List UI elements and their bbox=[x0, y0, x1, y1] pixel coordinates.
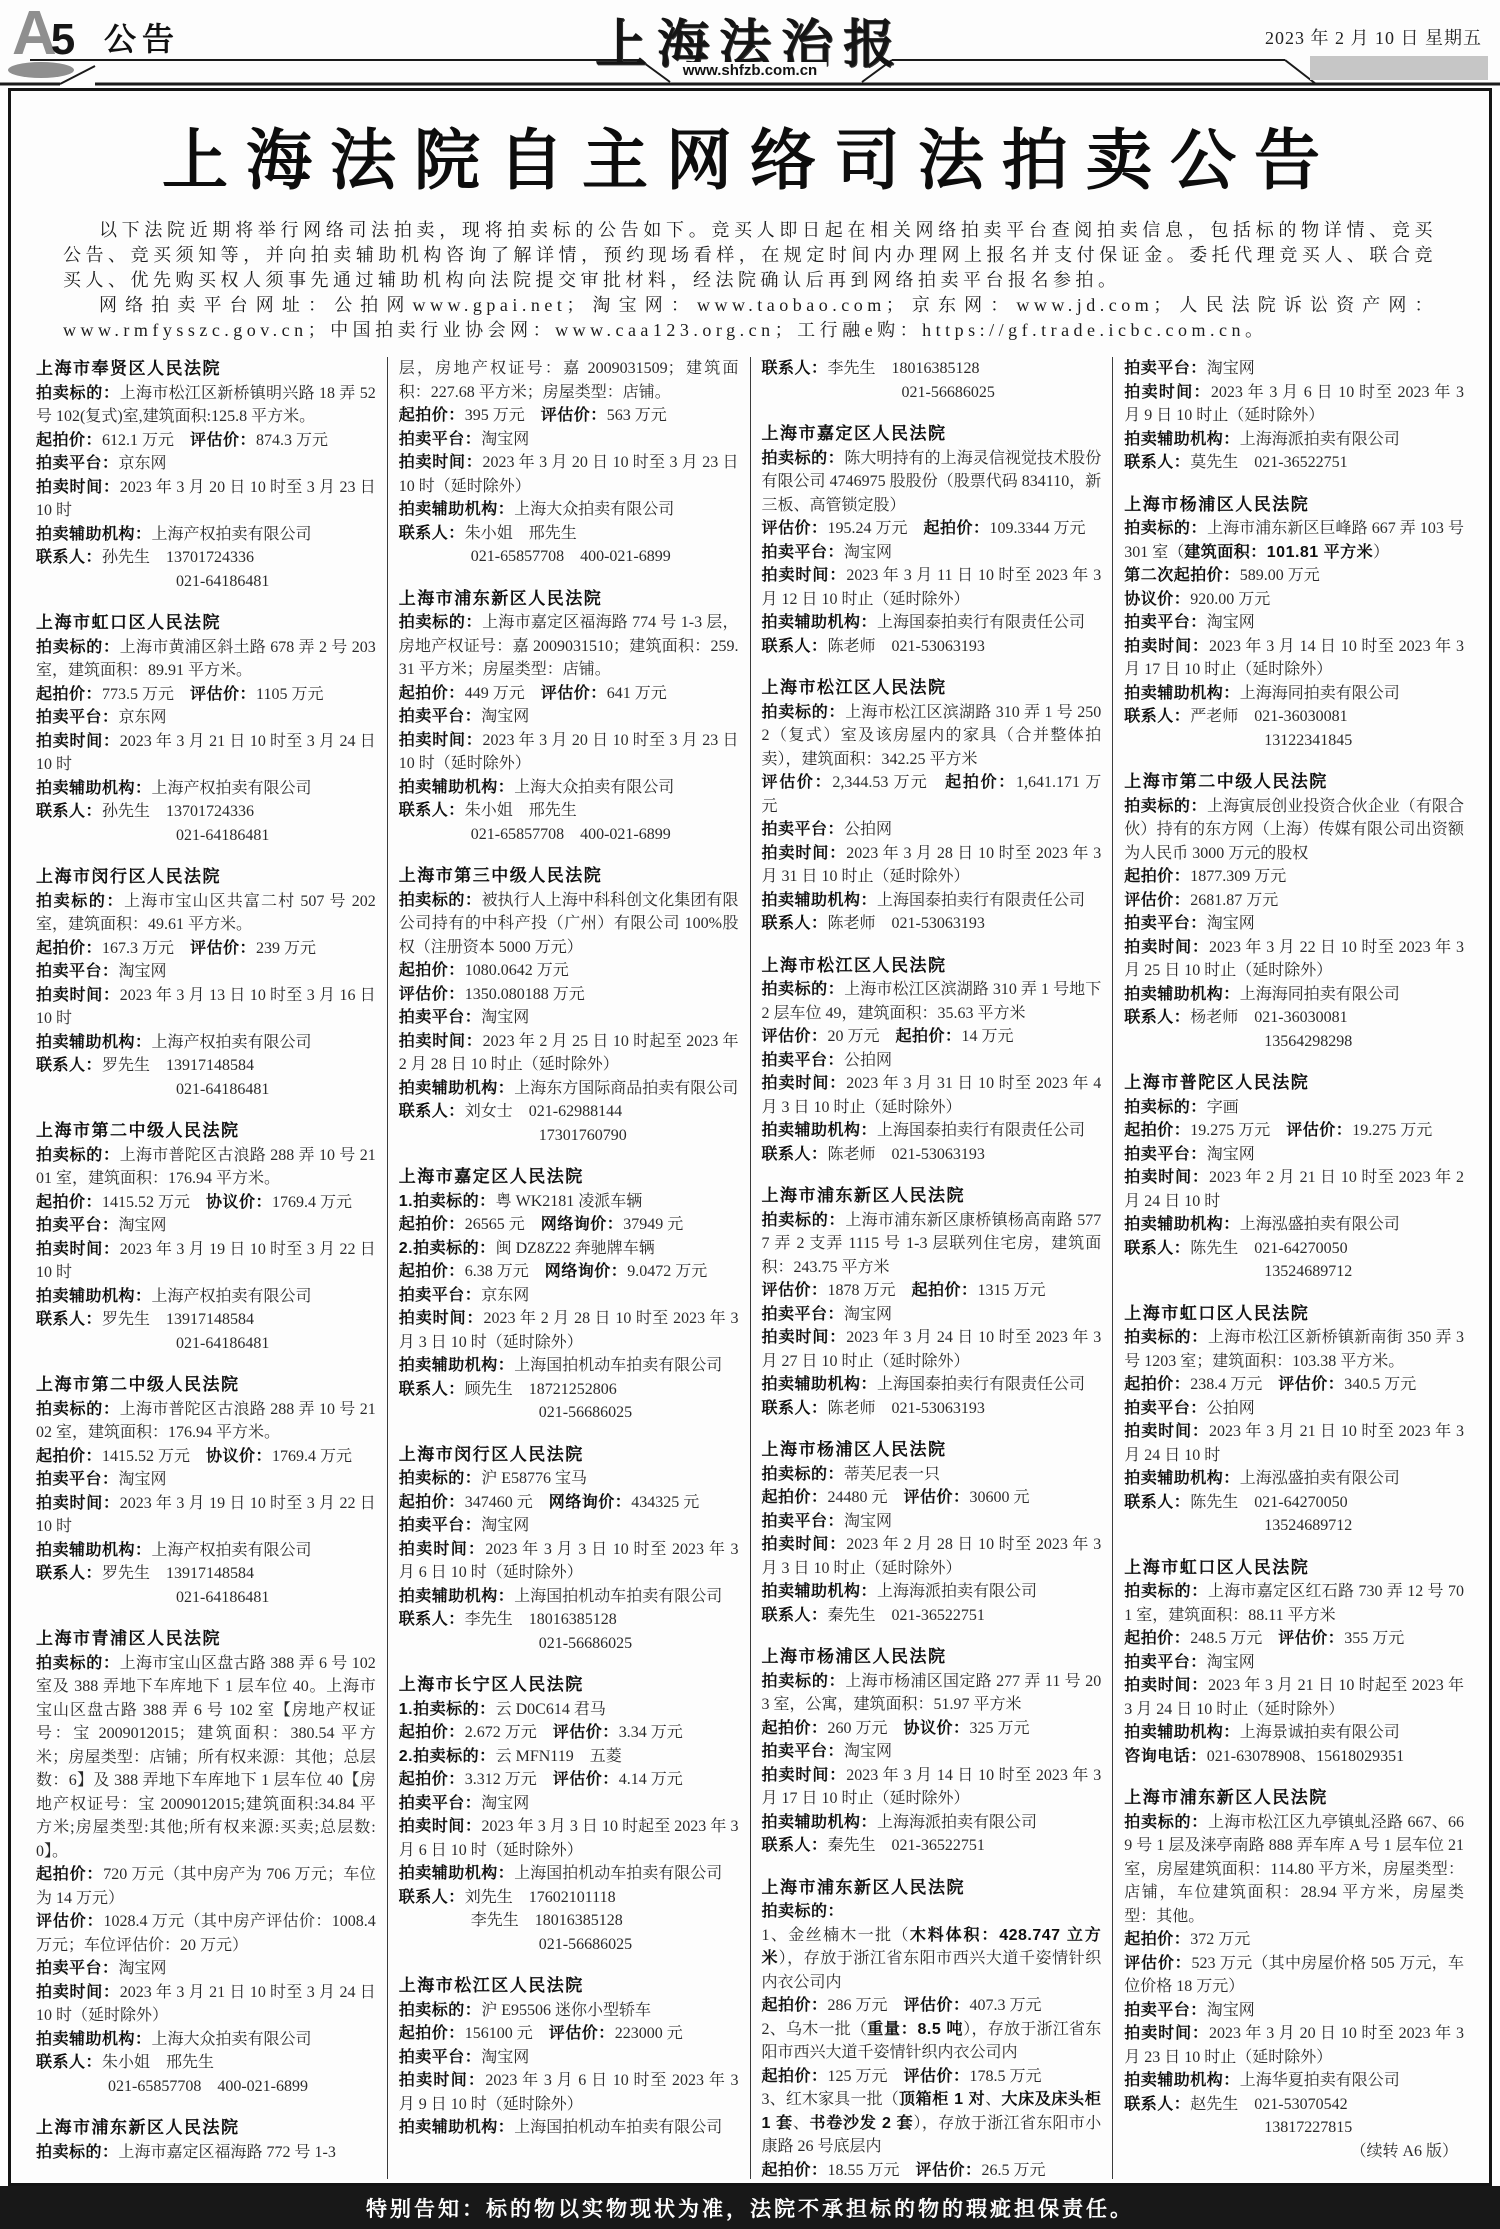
court-name: 上海市嘉定区人民法院 bbox=[762, 422, 1102, 446]
field-value: 淘宝网 bbox=[481, 2049, 529, 2066]
field-label: 拍卖标的： bbox=[762, 450, 845, 467]
field-label: 1.拍卖标的： bbox=[399, 1701, 496, 1718]
field-label: 拍卖标的： bbox=[36, 893, 124, 910]
entry-line: 拍卖平台：淘宝网 bbox=[399, 1514, 739, 1538]
field-label: 拍卖辅助机构： bbox=[762, 1122, 878, 1139]
entry-line: 拍卖辅助机构：上海华夏拍卖有限公司 bbox=[1124, 2069, 1464, 2093]
entry-line: 拍卖时间：2023 年 3 月 3 日 10 时至 2023 年 3 月 6 日… bbox=[399, 1538, 739, 1585]
entry-line: 联系人：严老师 021-36030081 bbox=[1124, 705, 1464, 729]
auction-entry: 上海市虹口区人民法院拍卖标的：上海市嘉定区红石路 730 弄 12 号 701 … bbox=[1124, 1556, 1464, 1769]
field-label: 拍卖时间： bbox=[36, 1984, 120, 2001]
newspaper-website: www.shfzb.com.cn bbox=[673, 62, 827, 79]
entry-line: 起拍价：260 万元 协议价：325 万元 bbox=[762, 1717, 1102, 1741]
field-value: 021-64186481 bbox=[176, 1335, 269, 1352]
field-label: 拍卖时间： bbox=[762, 1767, 847, 1784]
court-name: 上海市松江区人民法院 bbox=[762, 676, 1102, 700]
redacted-block bbox=[1310, 56, 1488, 80]
field-value: 109.3344 万元 bbox=[990, 520, 1086, 537]
entry-line: 起拍价：24480 元 评估价：30600 元 bbox=[762, 1486, 1102, 1510]
intro-paragraph-1: 以下法院近期将举行网络司法拍卖，现将拍卖标的公告如下。竞买人即日起在相关网络拍卖… bbox=[63, 218, 1437, 293]
field-value: 156100 元 bbox=[465, 2025, 549, 2042]
field-value: 上海泓盛拍卖有限公司 bbox=[1240, 1216, 1400, 1233]
field-value: 13122341845 bbox=[1264, 732, 1352, 749]
page-number-logo: A5 bbox=[12, 4, 92, 82]
field-value: 13524689712 bbox=[1264, 1263, 1352, 1280]
field-value: 淘宝网 bbox=[844, 544, 892, 561]
field-label: 联系人： bbox=[399, 525, 465, 542]
entry-line: 起拍价：286 万元 评估价：407.3 万元 bbox=[762, 1994, 1102, 2018]
auction-entry: 上海市闵行区人民法院拍卖标的：沪 E58776 宝马起拍价：347460 元 网… bbox=[399, 1443, 739, 1656]
entry-line: 拍卖平台：淘宝网 bbox=[1124, 912, 1464, 936]
phone-line: 13524689712 bbox=[1124, 1514, 1464, 1538]
entry-line: 拍卖标的：字画 bbox=[1124, 1096, 1464, 1120]
field-label: 联系人： bbox=[1124, 708, 1190, 725]
field-label: 评估价： bbox=[762, 774, 833, 791]
field-label: 联系人： bbox=[399, 1889, 465, 1906]
entry-line: 拍卖平台：公拍网 bbox=[1124, 1397, 1464, 1421]
court-name: 上海市第二中级人民法院 bbox=[1124, 770, 1464, 794]
field-label: 评估价： bbox=[541, 685, 607, 702]
court-name: 上海市长宁区人民法院 bbox=[399, 1673, 739, 1697]
entry-line: 拍卖标的：沪 E58776 宝马 bbox=[399, 1467, 739, 1491]
field-label: 评估价： bbox=[541, 407, 607, 424]
column-4: 拍卖平台：淘宝网拍卖时间：2023 年 3 月 6 日 10 时至 2023 年… bbox=[1112, 357, 1475, 2179]
field-value: 上海国泰拍卖行有限责任公司 bbox=[877, 1122, 1085, 1139]
entry-line: 拍卖时间：2023 年 2 月 21 日 10 时至 2023 年 2 月 24… bbox=[1124, 1166, 1464, 1213]
field-value: 上海海同拍卖有限公司 bbox=[1240, 685, 1400, 702]
field-value: 325 万元 bbox=[970, 1720, 1030, 1737]
auction-entry: 层，房地产权证号：嘉 2009031509；建筑面积：227.68 平方米；房屋… bbox=[399, 357, 739, 569]
field-value: 641 万元 bbox=[607, 685, 667, 702]
field-value: 434325 元 bbox=[631, 1494, 699, 1511]
field-value: 340.5 万元 bbox=[1344, 1376, 1416, 1393]
field-value: 淘宝网 bbox=[844, 1743, 892, 1760]
field-label: 拍卖时间： bbox=[399, 1033, 483, 1050]
field-value: 30600 元 bbox=[970, 1489, 1030, 1506]
field-label: 起拍价： bbox=[1124, 1931, 1190, 1948]
field-value: 陈老师 021-53063193 bbox=[828, 1400, 985, 1417]
field-label: 网络询价： bbox=[545, 1263, 628, 1280]
column-2: 层，房地产权证号：嘉 2009031509；建筑面积：227.68 平方米；房屋… bbox=[387, 357, 750, 2179]
field-label: 拍卖时间： bbox=[399, 1818, 482, 1835]
field-value: 淘宝网 bbox=[1207, 360, 1255, 377]
field-label: 拍卖标的： bbox=[762, 1212, 846, 1229]
field-label: 起拍价： bbox=[924, 520, 990, 537]
field-label: 书卷沙发 2 套 bbox=[809, 2115, 913, 2132]
entry-line: 评估价：20 万元 起拍价：14 万元 bbox=[762, 1025, 1102, 1049]
entry-line: 评估价：2681.87 万元 bbox=[1124, 889, 1464, 913]
field-label: 起拍价： bbox=[945, 774, 1016, 791]
field-label: 评估价： bbox=[1286, 1122, 1352, 1139]
field-value: 1415.52 万元 bbox=[102, 1194, 206, 1211]
field-value: 淘宝网 bbox=[119, 963, 167, 980]
field-value: 杨老师 021-36030081 bbox=[1190, 1009, 1347, 1026]
field-value: 021-64186481 bbox=[176, 573, 269, 590]
auction-entry: 上海市长宁区人民法院1.拍卖标的：云 D0C614 君马起拍价：2.672 万元… bbox=[399, 1673, 739, 1956]
phone-line: 021-64186481 bbox=[36, 1332, 376, 1356]
entry-line: 联系人：秦先生 021-36522751 bbox=[762, 1604, 1102, 1628]
field-value: 上海国泰拍卖行有限责任公司 bbox=[877, 892, 1085, 909]
field-label: 拍卖标的： bbox=[762, 1466, 845, 1483]
entry-line: 拍卖平台：京东网 bbox=[36, 452, 376, 476]
entry-line: 拍卖辅助机构：上海产权拍卖有限公司 bbox=[36, 1031, 376, 1055]
field-label: 拍卖平台： bbox=[1124, 2002, 1207, 2019]
field-label: 拍卖平台： bbox=[399, 1517, 482, 1534]
entry-line: 拍卖辅助机构：上海海同拍卖有限公司 bbox=[1124, 983, 1464, 1007]
entry-line: 1.拍卖标的：云 D0C614 君马 bbox=[399, 1698, 739, 1722]
entry-line: 评估价：2,344.53 万元 起拍价：1,641.171 万元 bbox=[762, 771, 1102, 818]
field-value: 612.1 万元 bbox=[102, 432, 190, 449]
entry-line: 联系人：罗先生 13917148584 bbox=[36, 1308, 376, 1332]
entry-line: 拍卖标的：上海市普陀区古浪路 288 弄 10 号 2101 室，建筑面积：17… bbox=[36, 1144, 376, 1191]
entry-line: 评估价：523 万元（其中房屋价格 505 万元，车位价格 18 万元） bbox=[1124, 1952, 1464, 1999]
entry-line: 拍卖标的：上海市松江区新桥镇新南街 350 弄 3 号 1203 室；建筑面积：… bbox=[1124, 1326, 1464, 1373]
field-label: 拍卖平台： bbox=[399, 708, 482, 725]
field-label: 起拍价： bbox=[1124, 1630, 1190, 1647]
entry-line: 联系人：孙先生 13701724336 bbox=[36, 800, 376, 824]
field-label: 2.拍卖标的： bbox=[399, 1240, 496, 1257]
field-label: 联系人： bbox=[36, 1311, 102, 1328]
entry-line: 拍卖标的：上海市松江区滨湖路 310 弄 1 号地下 2 层车位 49，建筑面积… bbox=[762, 978, 1102, 1025]
field-label: 拍卖辅助机构： bbox=[36, 780, 152, 797]
entry-line: 拍卖平台：淘宝网 bbox=[762, 541, 1102, 565]
phone-line: 021-64186481 bbox=[36, 1586, 376, 1610]
field-value: 021-64186481 bbox=[176, 1081, 269, 1098]
footer-notice-text: 特别告知：标的物以实物现状为准，法院不承担标的物的瑕疵担保责任。 bbox=[366, 2193, 1134, 2223]
field-value: 2.672 万元 bbox=[465, 1724, 553, 1741]
entry-line: 拍卖时间：2023 年 2 月 28 日 10 时至 2023 年 3 月 3 … bbox=[399, 1307, 739, 1354]
field-label: 拍卖辅助机构： bbox=[1124, 1216, 1240, 1233]
entry-line: 拍卖时间：2023 年 3 月 19 日 10 时至 3 月 22 日 10 时 bbox=[36, 1238, 376, 1285]
entry-line: 联系人：刘先生 17602101118 bbox=[399, 1886, 739, 1910]
announcement-box: 上海法院自主网络司法拍卖公告 以下法院近期将举行网络司法拍卖，现将拍卖标的公告如… bbox=[8, 88, 1492, 2186]
entry-line: 拍卖时间：2023 年 3 月 22 日 10 时至 2023 年 3 月 25… bbox=[1124, 936, 1464, 983]
phone-line: 021-64186481 bbox=[36, 1078, 376, 1102]
entry-line: 拍卖平台：淘宝网 bbox=[399, 2046, 739, 2070]
auction-entry: 上海市青浦区人民法院拍卖标的：上海市宝山区盘古路 388 弄 6 号 102 室… bbox=[36, 1627, 376, 2098]
entry-line: 联系人：陈老师 021-53063193 bbox=[762, 912, 1102, 936]
auction-entry: 上海市第二中级人民法院拍卖标的：上海市普陀区古浪路 288 弄 10 号 210… bbox=[36, 1119, 376, 1355]
entry-line: 拍卖辅助机构：上海泓盛拍卖有限公司 bbox=[1124, 1213, 1464, 1237]
field-label: 起拍价： bbox=[1124, 1122, 1190, 1139]
field-value: 李先生 18016385128 bbox=[471, 1912, 623, 1929]
entry-line: 联系人：刘女士 021-62988144 bbox=[399, 1100, 739, 1124]
auction-entry: 拍卖平台：淘宝网拍卖时间：2023 年 3 月 6 日 10 时至 2023 年… bbox=[1124, 357, 1464, 475]
entry-line: 拍卖时间：2023 年 3 月 11 日 10 时至 2023 年 3 月 12… bbox=[762, 564, 1102, 611]
entry-line: 拍卖辅助机构：上海国泰拍卖行有限责任公司 bbox=[762, 611, 1102, 635]
entry-line: 拍卖辅助机构：上海海同拍卖有限公司 bbox=[1124, 682, 1464, 706]
field-label: 起拍价： bbox=[896, 1028, 962, 1045]
court-name: 上海市浦东新区人民法院 bbox=[762, 1876, 1102, 1900]
phone-line: 021-56686025 bbox=[399, 1933, 739, 1957]
field-value: 公拍网 bbox=[1207, 1400, 1255, 1417]
entry-line: 层，房地产权证号：嘉 2009031509；建筑面积：227.68 平方米；房屋… bbox=[399, 357, 739, 404]
field-label: 联系人： bbox=[36, 803, 102, 820]
auction-entry: 上海市闵行区人民法院拍卖标的：上海市宝山区共富二村 507 号 202 室，建筑… bbox=[36, 865, 376, 1101]
entry-line: 拍卖辅助机构：上海泓盛拍卖有限公司 bbox=[1124, 1467, 1464, 1491]
field-value: 021-65857708 400-021-6899 bbox=[471, 826, 671, 843]
logo-shadow-shape bbox=[8, 62, 74, 78]
field-value: 、 bbox=[985, 2091, 1001, 2108]
entry-line: 拍卖平台：淘宝网 bbox=[399, 705, 739, 729]
entry-line: 拍卖标的：上海市浦东新区康桥镇杨高南路 5777 弄 2 支弄 1115 号 1… bbox=[762, 1209, 1102, 1280]
field-label: 联系人： bbox=[1124, 454, 1190, 471]
entry-line: 拍卖辅助机构：上海海派拍卖有限公司 bbox=[762, 1811, 1102, 1835]
entry-line: 起拍价：1415.52 万元 协议价：1769.4 万元 bbox=[36, 1191, 376, 1215]
field-label: 联系人： bbox=[36, 2054, 102, 2071]
field-label: 协议价： bbox=[904, 1720, 970, 1737]
entry-line: 拍卖标的：上海市嘉定区福海路 774 号 1-3 层，房地产权证号：嘉 2009… bbox=[399, 611, 739, 682]
field-label: 拍卖标的： bbox=[36, 2144, 119, 2161]
field-label: 拍卖平台： bbox=[36, 963, 119, 980]
entry-line: 拍卖标的：上海市松江区九亭镇虬泾路 667、669 号 1 层及涞亭南路 888… bbox=[1124, 1811, 1464, 1929]
field-value: 上海产权拍卖有限公司 bbox=[152, 780, 312, 797]
field-label: 拍卖平台： bbox=[1124, 1146, 1207, 1163]
field-label: 拍卖时间： bbox=[36, 1495, 120, 1512]
entry-line: 起拍价：2.672 万元 评估价：3.34 万元 bbox=[399, 1721, 739, 1745]
field-value: 1080.0642 万元 bbox=[465, 962, 569, 979]
field-value: 021-64186481 bbox=[176, 1589, 269, 1606]
entry-line: 拍卖时间：2023 年 3 月 20 日 10 时至 3 月 23 日 10 时… bbox=[399, 451, 739, 498]
entry-line: 拍卖标的：上海市嘉定区福海路 772 号 1-3 bbox=[36, 2141, 376, 2165]
footer-notice-bar: 特别告知：标的物以实物现状为准，法院不承担标的物的瑕疵担保责任。 bbox=[0, 2186, 1500, 2229]
entry-line: 拍卖平台：淘宝网 bbox=[1124, 1143, 1464, 1167]
field-label: 起拍价： bbox=[36, 1866, 103, 1883]
court-name: 上海市松江区人民法院 bbox=[399, 1974, 739, 1998]
field-label: 拍卖标的： bbox=[762, 704, 846, 721]
entry-line: 拍卖辅助机构：上海海派拍卖有限公司 bbox=[1124, 428, 1464, 452]
field-label: 联系人： bbox=[762, 1400, 828, 1417]
field-value: 4.14 万元 bbox=[619, 1771, 683, 1788]
entry-line: 拍卖标的：沪 E95506 迷你小型轿车 bbox=[399, 1999, 739, 2023]
auction-entry: 上海市浦东新区人民法院拍卖标的：上海市松江区九亭镇虬泾路 667、669 号 1… bbox=[1124, 1786, 1464, 2163]
field-label: 联系人： bbox=[1124, 2096, 1190, 2113]
field-label: 协议价： bbox=[206, 1194, 272, 1211]
field-value: 1350.080188 万元 bbox=[465, 986, 585, 1003]
field-label: 起拍价： bbox=[36, 686, 102, 703]
field-label: 拍卖辅助机构： bbox=[1124, 431, 1240, 448]
field-value: 陈先生 021-64270050 bbox=[1190, 1494, 1347, 1511]
entry-line: 2.拍卖标的：闽 DZ8Z22 奔驰牌车辆 bbox=[399, 1237, 739, 1261]
field-label: 建筑面积：101.81 平方米 bbox=[1184, 544, 1373, 561]
entry-line: 起拍价：1415.52 万元 协议价：1769.4 万元 bbox=[36, 1445, 376, 1469]
entry-line: 拍卖标的：被执行人上海中科科创文化集团有限公司持有的中科产投（广州）有限公司 1… bbox=[399, 889, 739, 960]
auction-entry: 上海市杨浦区人民法院拍卖标的：上海市杨浦区国定路 277 弄 11 号 203 … bbox=[762, 1645, 1102, 1858]
field-label: 拍卖辅助机构： bbox=[399, 1357, 515, 1374]
field-label: 拍卖标的： bbox=[1124, 1099, 1207, 1116]
field-label: 联系人： bbox=[762, 638, 828, 655]
entry-line: 起拍价：167.3 万元 评估价：239 万元 bbox=[36, 937, 376, 961]
field-value: 上海景诚拍卖有限公司 bbox=[1240, 1724, 1400, 1741]
field-value: 字画 bbox=[1207, 1099, 1239, 1116]
entry-line: 拍卖辅助机构：上海国拍机动车拍卖有限公司 bbox=[399, 1354, 739, 1378]
intro-paragraphs: 以下法院近期将举行网络司法拍卖，现将拍卖标的公告如下。竞买人即日起在相关网络拍卖… bbox=[63, 218, 1437, 343]
field-label: 拍卖平台： bbox=[762, 1306, 845, 1323]
auction-entry: 上海市松江区人民法院拍卖标的：沪 E95506 迷你小型轿车起拍价：156100… bbox=[399, 1974, 739, 2140]
entry-line: 拍卖时间：2023 年 3 月 28 日 10 时至 2023 年 3 月 31… bbox=[762, 842, 1102, 889]
entry-line: 联系人：杨老师 021-36030081 bbox=[1124, 1006, 1464, 1030]
field-value: 上海产权拍卖有限公司 bbox=[152, 1288, 312, 1305]
field-label: 拍卖辅助机构： bbox=[762, 1814, 878, 1831]
entry-line: 1.拍卖标的：粤 WK2181 凌派车辆 bbox=[399, 1190, 739, 1214]
field-value: 上海海派拍卖有限公司 bbox=[877, 1583, 1037, 1600]
field-value: 449 万元 bbox=[465, 685, 541, 702]
column-3: 联系人：李先生 18016385128021-56686025上海市嘉定区人民法… bbox=[750, 357, 1113, 2179]
auction-entry: 上海市浦东新区人民法院拍卖标的：上海市嘉定区福海路 772 号 1-3 bbox=[36, 2116, 376, 2164]
field-label: 拍卖辅助机构： bbox=[762, 614, 878, 631]
field-label: 拍卖时间： bbox=[36, 1241, 120, 1258]
field-value: 朱小姐 邢先生 bbox=[465, 802, 577, 819]
field-value: 3.34 万元 bbox=[619, 1724, 683, 1741]
entry-line: 拍卖平台：淘宝网 bbox=[36, 1214, 376, 1238]
field-value: 孙先生 13701724336 bbox=[102, 549, 254, 566]
auction-entry: 上海市杨浦区人民法院拍卖标的：蒂芙尼表一只起拍价：24480 元 评估价：306… bbox=[762, 1438, 1102, 1627]
entry-line: 拍卖平台：公拍网 bbox=[762, 818, 1102, 842]
field-label: 评估价： bbox=[762, 1282, 828, 1299]
field-label: 拍卖标的： bbox=[399, 892, 482, 909]
entry-line: 拍卖标的：上海市松江区滨湖路 310 弄 1 号 2502（复式）室及该房屋内的… bbox=[762, 701, 1102, 772]
field-value: 167.3 万元 bbox=[102, 940, 190, 957]
entry-line: 起拍价：395 万元 评估价：563 万元 bbox=[399, 404, 739, 428]
entry-line: 021-65857708 400-021-6899 bbox=[399, 545, 739, 569]
field-value: 26.5 万元 bbox=[982, 2162, 1046, 2179]
field-value: 淘宝网 bbox=[481, 1517, 529, 1534]
field-label: 拍卖时间： bbox=[399, 1310, 484, 1327]
entry-line: 拍卖平台：京东网 bbox=[36, 706, 376, 730]
field-label: 拍卖时间： bbox=[36, 987, 120, 1004]
field-value: 26565 元 bbox=[465, 1216, 541, 1233]
field-value: 蒂芙尼表一只 bbox=[844, 1466, 940, 1483]
field-value: 京东网 bbox=[119, 709, 167, 726]
entry-line: 拍卖时间：2023 年 3 月 20 日 10 时至 3 月 23 日 10 时 bbox=[36, 476, 376, 523]
field-label: 拍卖辅助机构： bbox=[762, 892, 878, 909]
field-value: 上海国拍机动车拍卖有限公司 bbox=[514, 1865, 722, 1882]
field-value: 上海华夏拍卖有限公司 bbox=[1240, 2072, 1400, 2089]
entry-line: 2.拍卖标的：云 MFN119 五菱 bbox=[399, 1745, 739, 1769]
field-label: 拍卖时间： bbox=[1124, 939, 1209, 956]
phone-line: 021-64186481 bbox=[36, 824, 376, 848]
entry-line: 拍卖平台：京东网 bbox=[399, 1284, 739, 1308]
auction-entry: 上海市嘉定区人民法院1.拍卖标的：粤 WK2181 凌派车辆起拍价：26565 … bbox=[399, 1165, 739, 1425]
field-label: 联系人： bbox=[762, 1146, 828, 1163]
entry-line: 拍卖标的：上海市嘉定区红石路 730 弄 12 号 701 室，建筑面积：88.… bbox=[1124, 1580, 1464, 1627]
field-value: 021-56686025 bbox=[539, 1936, 632, 1953]
entry-line: 拍卖时间：2023 年 3 月 19 日 10 时至 3 月 22 日 10 时 bbox=[36, 1492, 376, 1539]
auction-entry: 联系人：李先生 18016385128021-56686025 bbox=[762, 357, 1102, 404]
entry-line: 拍卖时间：2023 年 3 月 21 日 10 时至 3 月 24 日 10 时… bbox=[36, 1981, 376, 2028]
column-1: 上海市奉贤区人民法院拍卖标的：上海市松江区新桥镇明兴路 18 弄 52 号 10… bbox=[25, 357, 387, 2179]
field-value: 刘女士 021-62988144 bbox=[465, 1103, 622, 1120]
field-value: 层，房地产权证号：嘉 2009031509；建筑面积：227.68 平方米；房屋… bbox=[399, 360, 739, 401]
field-label: 拍卖辅助机构： bbox=[762, 1376, 878, 1393]
field-value: 1769.4 万元 bbox=[272, 1194, 352, 1211]
entry-line: 拍卖平台：淘宝网 bbox=[36, 960, 376, 984]
field-label: 起拍价： bbox=[36, 940, 102, 957]
field-label: 拍卖时间： bbox=[762, 1075, 847, 1092]
field-label: 起拍价： bbox=[36, 1194, 102, 1211]
field-label: 拍卖平台： bbox=[762, 544, 845, 561]
field-value: 孙先生 13701724336 bbox=[102, 803, 254, 820]
field-label: 拍卖平台： bbox=[399, 431, 482, 448]
field-label: 拍卖标的： bbox=[36, 1655, 120, 1672]
entry-line: 拍卖平台：淘宝网 bbox=[762, 1510, 1102, 1534]
auction-entry: 上海市浦东新区人民法院拍卖标的：上海市嘉定区福海路 774 号 1-3 层，房地… bbox=[399, 587, 739, 847]
field-value: 37949 元 bbox=[623, 1216, 683, 1233]
entry-line: 拍卖时间：2023 年 3 月 13 日 10 时至 3 月 16 日 10 时 bbox=[36, 984, 376, 1031]
field-value: 淘宝网 bbox=[1207, 614, 1255, 631]
court-name: 上海市浦东新区人民法院 bbox=[762, 1184, 1102, 1208]
field-value: 李先生 18016385128 bbox=[465, 1611, 617, 1628]
entry-line: 拍卖时间：2023 年 3 月 6 日 10 时至 2023 年 3 月 9 日… bbox=[1124, 381, 1464, 428]
field-label: 拍卖平台： bbox=[1124, 915, 1207, 932]
field-value: 罗先生 13917148584 bbox=[102, 1057, 254, 1074]
field-value: 2681.87 万元 bbox=[1190, 892, 1278, 909]
entry-line: 起拍价：1877.309 万元 bbox=[1124, 865, 1464, 889]
field-label: 拍卖平台： bbox=[36, 1217, 119, 1234]
auction-entry: 上海市浦东新区人民法院拍卖标的：1、金丝楠木一批（木料体积：428.747 立方… bbox=[762, 1876, 1102, 2180]
field-label: 评估价： bbox=[1278, 1376, 1344, 1393]
entry-line: 拍卖平台：淘宝网 bbox=[1124, 357, 1464, 381]
field-label: 拍卖时间： bbox=[1124, 384, 1211, 401]
field-label: 拍卖辅助机构： bbox=[399, 2119, 515, 2136]
field-value: 125 万元 bbox=[828, 2068, 904, 2085]
field-value: 1769.4 万元 bbox=[272, 1448, 352, 1465]
field-label: 拍卖辅助机构： bbox=[36, 526, 152, 543]
field-label: 拍卖平台： bbox=[36, 709, 119, 726]
field-value: 021-56686025 bbox=[539, 1635, 632, 1652]
field-label: 评估价： bbox=[399, 986, 465, 1003]
entry-line: 联系人：陈先生 021-64270050 bbox=[1124, 1491, 1464, 1515]
court-name: 上海市第二中级人民法院 bbox=[36, 1373, 376, 1397]
entry-line: 拍卖辅助机构：上海国泰拍卖行有限责任公司 bbox=[762, 1373, 1102, 1397]
entry-line: 拍卖时间：2023 年 3 月 20 日 10 时至 3 月 23 日 10 时… bbox=[399, 729, 739, 776]
field-value: 沪 E95506 迷你小型轿车 bbox=[481, 2002, 651, 2019]
field-label: 评估价： bbox=[904, 1489, 970, 1506]
phone-line: 13817227815 bbox=[1124, 2116, 1464, 2140]
phone-line: 13564298298 bbox=[1124, 1030, 1464, 1054]
field-label: 拍卖平台： bbox=[1124, 1654, 1207, 1671]
field-value: 罗先生 13917148584 bbox=[102, 1565, 254, 1582]
entry-line: 起拍价：773.5 万元 评估价：1105 万元 bbox=[36, 683, 376, 707]
field-label: 联系人： bbox=[762, 915, 828, 932]
entry-line: 拍卖辅助机构：上海产权拍卖有限公司 bbox=[36, 1539, 376, 1563]
field-value: 1、金丝楠木一批（ bbox=[762, 1927, 910, 1944]
field-label: 咨询电话： bbox=[1124, 1748, 1207, 1765]
field-value: 上海东方国际商品拍卖有限公司 bbox=[514, 1080, 738, 1097]
field-label: 起拍价： bbox=[762, 2162, 828, 2179]
field-value: 372 万元 bbox=[1190, 1931, 1250, 1948]
announcement-title: 上海法院自主网络司法拍卖公告 bbox=[11, 107, 1489, 202]
field-label: 拍卖平台： bbox=[762, 1743, 845, 1760]
field-value: 563 万元 bbox=[607, 407, 667, 424]
field-label: 拍卖时间： bbox=[399, 2072, 486, 2089]
entry-line: 拍卖平台：淘宝网 bbox=[1124, 1999, 1464, 2023]
entry-line: 拍卖时间：2023 年 3 月 14 日 10 时至 2023 年 3 月 17… bbox=[1124, 635, 1464, 682]
field-value: 上海市宝山区盘古路 388 弄 6 号 102 室及 388 弄地下车库地下 1… bbox=[36, 1655, 376, 1860]
entry-line: 拍卖时间：2023 年 3 月 21 日 10 时至 2023 年 3 月 24… bbox=[1124, 1420, 1464, 1467]
entry-line: 联系人：朱小姐 邢先生 bbox=[399, 522, 739, 546]
field-label: 拍卖平台： bbox=[1124, 360, 1207, 377]
entry-line: 拍卖时间：2023 年 2 月 25 日 10 时起至 2023 年 2 月 2… bbox=[399, 1030, 739, 1077]
field-label: 拍卖辅助机构： bbox=[36, 1288, 152, 1305]
field-label: 评估价： bbox=[190, 940, 256, 957]
entry-line: 拍卖平台：淘宝网 bbox=[399, 1792, 739, 1816]
auction-entry: 上海市嘉定区人民法院拍卖标的：陈大明持有的上海灵信视觉技术股份有限公司 4746… bbox=[762, 422, 1102, 658]
entry-line: 拍卖辅助机构：上海东方国际商品拍卖有限公司 bbox=[399, 1077, 739, 1101]
field-value: 淘宝网 bbox=[1207, 915, 1255, 932]
field-label: 评估价： bbox=[1278, 1630, 1344, 1647]
field-value: 淘宝网 bbox=[1207, 1654, 1255, 1671]
